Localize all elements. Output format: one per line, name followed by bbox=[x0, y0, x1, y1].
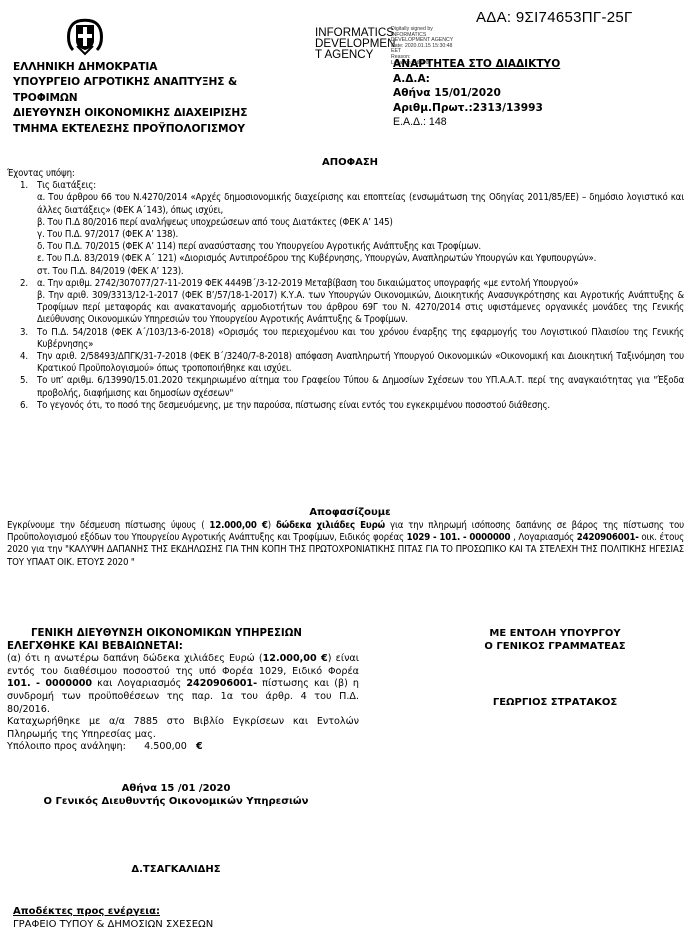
item-text: α. Την αριθμ. 2742/307077/27-11-2019 ΦΕΚ… bbox=[37, 278, 578, 289]
consideration-subitem: α. Του άρθρου 66 του Ν.4270/2014 «Αρχές … bbox=[7, 192, 684, 216]
text: και Λογαριασμός bbox=[92, 678, 186, 689]
consideration-item: 6.Το γεγονός ότι, το ποσό της δεσμευόμεν… bbox=[7, 400, 684, 412]
issuing-organization: ΕΛΛΗΝΙΚΗ ΔΗΜΟΚΡΑΤΙΑ ΥΠΟΥΡΓΕΙΟ ΑΓΡΟΤΙΚΗΣ … bbox=[13, 60, 247, 137]
item-number: 5. bbox=[20, 375, 37, 387]
item-number: 4. bbox=[20, 351, 37, 363]
org-line: ΥΠΟΥΡΓΕΙΟ ΑΓΡΟΤΙΚΗΣ ΑΝΑΠΤΥΞΗΣ & bbox=[13, 75, 247, 90]
protocol-number: Αριθμ.Πρωτ.:2313/13993 bbox=[393, 101, 560, 116]
digital-signer: INFORMATICS DEVELOPMEN T AGENCY bbox=[315, 27, 396, 60]
consideration-subitem: γ. Του Π.Δ. 97/2017 (ΦΕΚ Α’ 138). bbox=[7, 229, 684, 241]
place-date: Αθήνα 15/01/2020 bbox=[393, 86, 560, 101]
consideration-subitem: στ. Του Π.Δ. 84/2019 (ΦΕΚ Α’ 123). bbox=[7, 266, 684, 278]
item-text: Τις διατάξεις: bbox=[37, 180, 96, 191]
minister-signature-block: ΜΕ ΕΝΤΟΛΗ ΥΠΟΥΡΓΟΥ Ο ΓΕΝΙΚΟΣ ΓΡΑΜΜΑΤΕΑΣ bbox=[440, 627, 670, 653]
consideration-subitem: δ. Του Π.Δ. 70/2015 (ΦΕΚ Α’ 114) περί αν… bbox=[7, 241, 684, 253]
org-line: ΤΡΟΦΙΜΩΝ bbox=[13, 91, 247, 106]
publication-block: ΑΝΑΡΤΗΤΕΑ ΣΤΟ ΔΙΑΔΙΚΤΥΟ Α.Δ.Α: Αθήνα 15/… bbox=[393, 57, 560, 130]
signer-title: Ο Γενικός Διευθυντής Οικονομικών Υπηρεσι… bbox=[0, 795, 352, 808]
item-text: Την αριθ. 2/58493/ΔΠΓΚ/31-7-2018 (ΦΕΚ Β΄… bbox=[37, 351, 684, 374]
consideration-item: 2.α. Την αριθμ. 2742/307077/27-11-2019 Φ… bbox=[7, 278, 684, 290]
decision-body: Εγκρίνουμε την δέσμευση πίστωσης ύψους (… bbox=[7, 520, 684, 569]
item-text: Το Π.Δ. 54/2018 (ΦΕΚ Α΄/103/13-6-2018) «… bbox=[37, 327, 684, 350]
balance-currency: € bbox=[196, 741, 203, 752]
signer-line: T AGENCY bbox=[315, 49, 396, 60]
verified-code: 101. - 0000000 bbox=[7, 678, 92, 689]
decision-text: Εγκρίνουμε την δέσμευση πίστωσης ύψους ( bbox=[7, 520, 209, 531]
decision-text: , Λογαριασμός bbox=[510, 532, 576, 543]
decision-title: ΑΠΟΦΑΣΗ bbox=[0, 157, 700, 168]
decision-amount: 12.000,00 € bbox=[209, 520, 267, 531]
greek-state-emblem-icon bbox=[65, 16, 105, 60]
item-number: 3. bbox=[20, 327, 37, 339]
signature-line: ΜΕ ΕΝΤΟΛΗ ΥΠΟΥΡΓΟΥ bbox=[440, 627, 670, 640]
secretary-general-name: ΓΕΩΡΓΙΟΣ ΣΤΡΑΤΑΚΟΣ bbox=[440, 697, 670, 708]
verified-amount: 12.000,00 € bbox=[263, 653, 328, 664]
balance-label: Υπόλοιπο προς ανάληψη: bbox=[7, 741, 126, 752]
verification-subheading: ΕΛΕΓΧΘΗΚΕ ΚΑΙ ΒΕΒΑΙΩΝΕΤΑΙ: bbox=[7, 641, 359, 654]
ead-number: Ε.Α.Δ.: 148 bbox=[393, 115, 560, 130]
ada-code: ΑΔΑ: 9ΣΙ74653ΠΓ-25Γ bbox=[476, 9, 633, 26]
director-name: Δ.ΤΣΑΓΚΑΛΙΔΗΣ bbox=[0, 864, 352, 875]
decide-heading: Αποφασίζουμε bbox=[0, 507, 700, 518]
considerations: Έχοντας υπόψη: 1.Τις διατάξεις:α. Του άρ… bbox=[7, 168, 684, 412]
item-text: Το γεγονός ότι, το ποσό της δεσμευόμενης… bbox=[37, 400, 550, 411]
registration-note: Καταχωρήθηκε με α/α 7885 στο Βιβλίο Εγκρ… bbox=[7, 716, 359, 741]
verified-account: 2420906001- bbox=[186, 678, 257, 689]
consideration-item: 4.Την αριθ. 2/58493/ΔΠΓΚ/31-7-2018 (ΦΕΚ … bbox=[7, 351, 684, 375]
org-line: ΔΙΕΥΘΥΝΣΗ ΟΙΚΟΝΟΜΙΚΗΣ ΔΙΑΧΕΙΡΙΣΗΣ bbox=[13, 106, 247, 121]
place-date: Αθήνα 15 /01 /2020 bbox=[0, 782, 352, 795]
verification-text: (α) ότι η ανωτέρω δαπάνη δώδεκα χιλιάδες… bbox=[7, 653, 359, 716]
considering-label: Έχοντας υπόψη: bbox=[7, 168, 684, 180]
budget-code: 1029 - 101. - 0000000 bbox=[407, 532, 511, 543]
considerations-list: 1.Τις διατάξεις:α. Του άρθρου 66 του Ν.4… bbox=[7, 180, 684, 412]
consideration-subitem: β. Του Π.Δ 80/2016 περί αναλήψεως υποχρε… bbox=[7, 217, 684, 229]
balance-value: 4.500,00 bbox=[144, 741, 187, 752]
verification-block: ΓΕΝΙΚΗ ΔΙΕΥΘΥΝΣΗ ΟΙΚΟΝΟΜΙΚΩΝ ΥΠΗΡΕΣΙΩΝ Ε… bbox=[7, 628, 359, 754]
recipient-item: ΓΡΑΦΕΙΟ ΤΥΠΟΥ & ΔΗΜΟΣΙΩΝ ΣΧΕΣΕΩΝ bbox=[13, 918, 213, 931]
consideration-item: 3.Το Π.Δ. 54/2018 (ΦΕΚ Α΄/103/13-6-2018)… bbox=[7, 327, 684, 351]
org-line: ΤΜΗΜΑ ΕΚΤΕΛΕΣΗΣ ΠΡΟΫΠΟΛΟΓΙΣΜΟΥ bbox=[13, 122, 247, 137]
item-number: 1. bbox=[20, 180, 37, 192]
account-number: 2420906001- bbox=[577, 532, 639, 543]
decision-text: ) bbox=[268, 520, 276, 531]
text: (α) ότι η ανωτέρω δαπάνη δώδεκα χιλιάδες… bbox=[7, 653, 263, 664]
item-number: 2. bbox=[20, 278, 37, 290]
consideration-subitem: β. Την αριθ. 309/3313/12-1-2017 (ΦΕΚ Β’/… bbox=[7, 290, 684, 327]
signature-line: Ο ΓΕΝΙΚΟΣ ΓΡΑΜΜΑΤΕΑΣ bbox=[440, 640, 670, 653]
recipients-heading: Αποδέκτες προς ενέργεια: bbox=[13, 905, 213, 918]
item-text: Το υπ’ αριθμ. 6/13990/15.01.2020 τεκμηρι… bbox=[37, 375, 684, 398]
decision-amount-words: δώδεκα χιλιάδες Ευρώ bbox=[276, 520, 385, 531]
item-number: 6. bbox=[20, 400, 37, 412]
org-line: ΕΛΛΗΝΙΚΗ ΔΗΜΟΚΡΑΤΙΑ bbox=[13, 60, 247, 75]
consideration-item: 5.Το υπ’ αριθμ. 6/13990/15.01.2020 τεκμη… bbox=[7, 375, 684, 399]
balance-row: Υπόλοιπο προς ανάληψη: 4.500,00 € bbox=[7, 741, 359, 754]
director-signature-block: Αθήνα 15 /01 /2020 Ο Γενικός Διευθυντής … bbox=[0, 782, 352, 808]
ada-label: Α.Δ.Α: bbox=[393, 72, 560, 87]
publication-notice: ΑΝΑΡΤΗΤΕΑ ΣΤΟ ΔΙΑΔΙΚΤΥΟ bbox=[393, 57, 560, 72]
verification-heading: ΓΕΝΙΚΗ ΔΙΕΥΘΥΝΣΗ ΟΙΚΟΝΟΜΙΚΩΝ ΥΠΗΡΕΣΙΩΝ bbox=[7, 628, 359, 641]
consideration-item: 1.Τις διατάξεις: bbox=[7, 180, 684, 192]
recipients-block: Αποδέκτες προς ενέργεια: ΓΡΑΦΕΙΟ ΤΥΠΟΥ &… bbox=[13, 905, 213, 931]
consideration-subitem: ε. Του Π.Δ. 83/2019 (ΦΕΚ Α΄ 121) «Διορισ… bbox=[7, 253, 684, 265]
